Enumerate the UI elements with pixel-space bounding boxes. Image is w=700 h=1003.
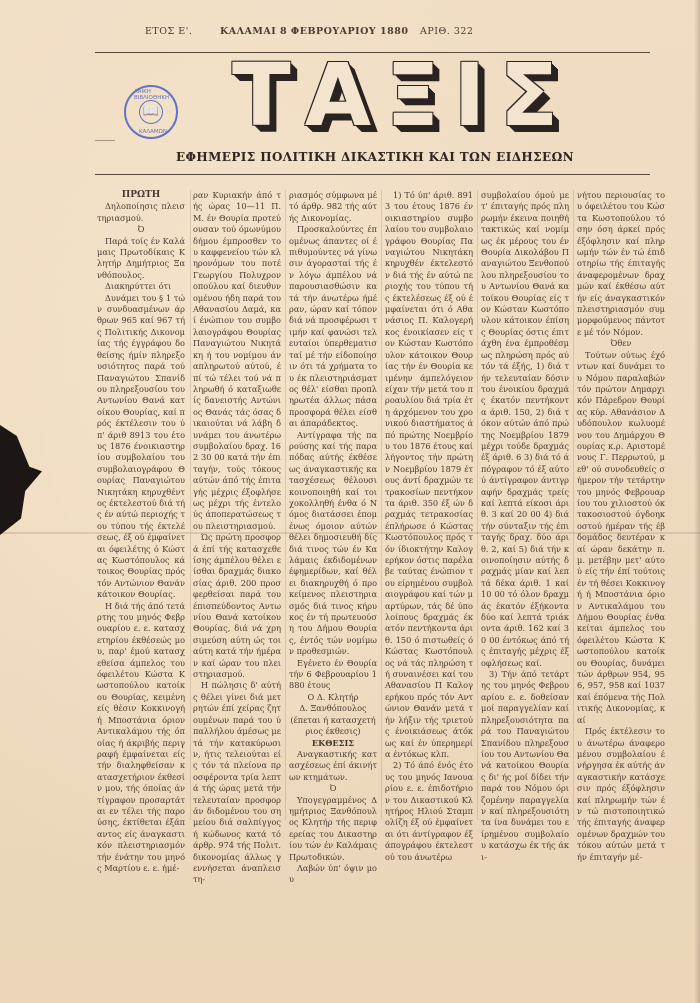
paper-edge bbox=[694, 0, 700, 1003]
subtitle-rule bbox=[95, 174, 650, 175]
stamp-bottom-text: ΚΑΛΑΜΩΝ bbox=[139, 129, 167, 135]
paragraph: Ώς πρώτη προσφορά έπί τής κατασχεθείσης … bbox=[193, 532, 281, 680]
issue-number: ΑΡΙΘ. 322 bbox=[420, 26, 473, 37]
column-2: ραν Κυριακήν άπό τής ώρας 10—11 Π. Μ. έν… bbox=[193, 190, 281, 886]
paragraph: (έπεται ή κατασχετήριος έκθεσις) bbox=[289, 715, 377, 738]
stamp-top-text: ΛΑΙΚΗ ΒΙΒΛΙΟΘΗΚΗ bbox=[134, 89, 176, 101]
paragraph: Διακηρύττει ότι bbox=[97, 281, 185, 292]
column-heading: ΠΡΩΤΗ bbox=[97, 190, 185, 201]
newspaper-title: ΤΑΞΙΣ bbox=[232, 56, 512, 136]
column-3: ριασμός σύμφωνα μέ τό άρθρ. 982 τής αύτή… bbox=[289, 190, 377, 886]
column-1: ΠΡΩΤΗ Δηλοποίησις πλειστηριασμού. Ό Παρά… bbox=[97, 190, 185, 874]
paragraph: Όθεν bbox=[577, 338, 665, 349]
column-6: νήτου περιουσίας του όφειλέτου του Κώστα… bbox=[577, 190, 665, 863]
paragraph: Δηλοποίησις πλειστηριασμού. bbox=[97, 201, 185, 224]
paragraph: Η διά τής άπό τετάρτης του μηνός Φεβρουα… bbox=[97, 601, 185, 875]
paragraph: ραν Κυριακήν άπό τής ώρας 10—11 Π. Μ. έν… bbox=[193, 190, 281, 532]
signature: Ο Δ. Κλητήρ bbox=[289, 692, 377, 703]
paragraph: Πρός έκτέλεσιν του άνωτέρω άναφερομένου … bbox=[577, 726, 665, 863]
paragraph: Ό bbox=[289, 783, 377, 794]
paragraph: Υπογεγραμμένος Δημήτριος Ξανθόπουλος Κλη… bbox=[289, 795, 377, 863]
paragraph: Δυνάμει του § 1 τών συνδυασμένων άρθρων … bbox=[97, 293, 185, 601]
paragraph: συμβολαίου όμού μετ' έπιταγής πρός πληρω… bbox=[481, 190, 569, 669]
section-heading: ΕΚΘΕΣΙΣ bbox=[289, 738, 377, 749]
paragraph: Παρά τοίς έν Καλάμαις Πρωτοδίκαις Κλητήρ… bbox=[97, 236, 185, 282]
column-divider bbox=[477, 190, 478, 820]
paragraph: Ό bbox=[97, 224, 185, 235]
column-divider bbox=[285, 190, 286, 820]
paragraph: Αναγκαστικής κατασχέσεως έπί άκινήτων κτ… bbox=[289, 749, 377, 783]
column-divider bbox=[381, 190, 382, 820]
place-date: ΚΑΛΑΜΑΙ 8 ΦΕΒΡΟΥΑΡΙΟΥ 1880 bbox=[220, 26, 408, 37]
paragraph: Λαβών ύπ' όψιν μου bbox=[289, 863, 377, 886]
column-4: 1) Τό ύπ' άριθ. 8913 του έτους 1876 ένοι… bbox=[385, 190, 473, 863]
book-icon: 📖 bbox=[139, 100, 163, 124]
paragraph: Τούτων ούτως έχόντων καί δυνάμει του Νόμ… bbox=[577, 350, 665, 726]
paragraph: ριασμός σύμφωνα μέ τό άρθρ. 982 τής αύτή… bbox=[289, 190, 377, 224]
paragraph: Αντίγραφα τής παρούσης καί τής παραπόδας… bbox=[289, 430, 377, 658]
newspaper-subtitle: ΕΦΗΜΕΡΙΣ ΠΟΛΙΤΙΚΗ ΔΙΚΑΣΤΙΚΗ ΚΑΙ ΤΩΝ ΕΙΔΗ… bbox=[95, 150, 655, 164]
library-stamp: ΛΑΙΚΗ ΒΙΒΛΙΟΘΗΚΗ ΚΑΛΑΜΩΝ 📖 bbox=[124, 85, 178, 139]
signature: Δ. Ξανθόπουλος bbox=[289, 703, 377, 714]
column-divider bbox=[190, 190, 191, 820]
year-label: ΕΤΟΣ Ε'. bbox=[145, 26, 192, 37]
paragraph: νήτου περιουσίας του όφειλέτου του Κώστα… bbox=[577, 190, 665, 338]
paragraph: Η πώλησις δ' αύτής θέλει γίνει διά μετρη… bbox=[193, 680, 281, 885]
paragraph: 2) Τό άπό ένός έτους του μηνός Ιανουαρίο… bbox=[385, 760, 473, 863]
paragraph: 1) Τό ύπ' άριθ. 8913 του έτους 1876 ένοι… bbox=[385, 190, 473, 760]
paragraph: 3) Τήν άπό τετάρτης του μηνός Φεβρουαρίο… bbox=[481, 669, 569, 863]
masthead-dateline: ΕΤΟΣ Ε'. ΚΑΛΑΜΑΙ 8 ΦΕΒΡΟΥΑΡΙΟΥ 1880 ΑΡΙΘ… bbox=[95, 26, 655, 42]
paragraph: Προσκαλούντες έπομένως άπαντες οί έπιθυμ… bbox=[289, 224, 377, 429]
left-short-rule bbox=[95, 140, 115, 141]
column-5: συμβολαίου όμού μετ' έπιταγής πρός πληρω… bbox=[481, 190, 569, 863]
paragraph: Εγένετο έν Θουρία τήν 6 Φεβρουαρίου 1880… bbox=[289, 658, 377, 692]
column-divider bbox=[573, 190, 574, 820]
